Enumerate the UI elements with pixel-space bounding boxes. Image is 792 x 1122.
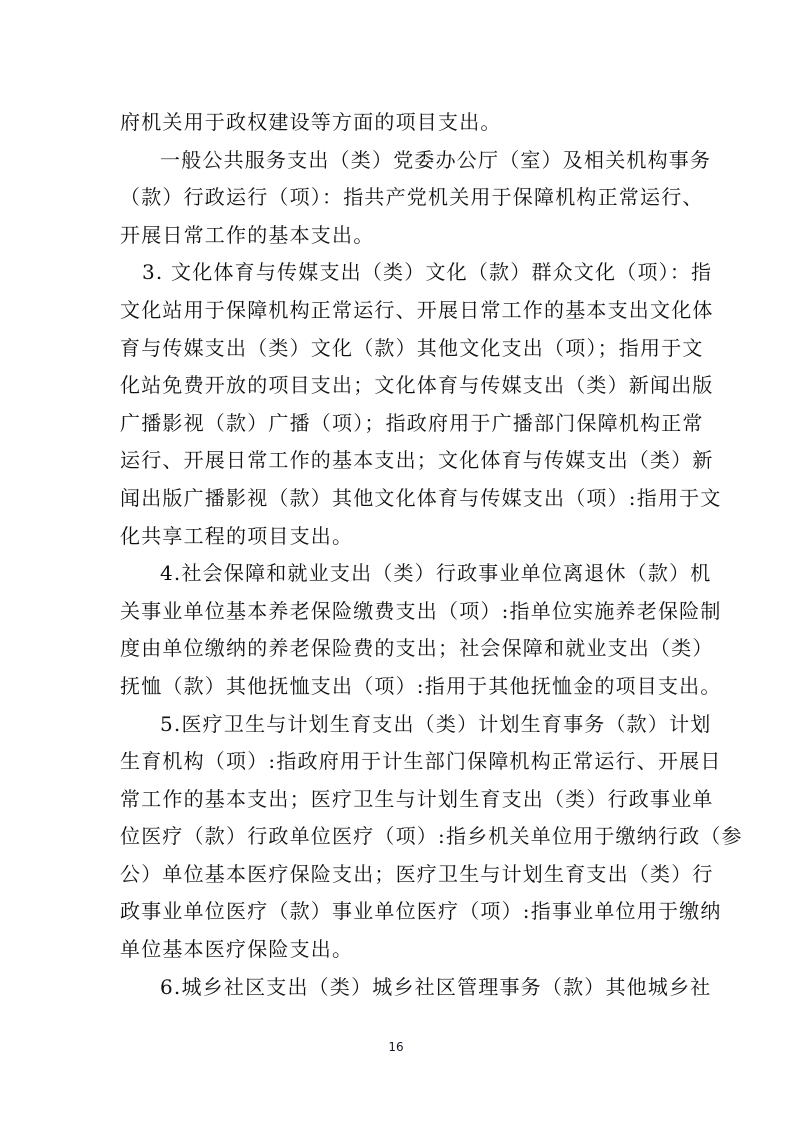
text-line: 政事业单位医疗（款）事业单位医疗（项）:指事业单位用于缴纳 [120, 893, 686, 931]
paragraph-start-line: 5.医疗卫生与计划生育支出（类）计划生育事务（款）计划 [120, 706, 686, 744]
document-page: 府机关用于政权建设等方面的项目支出。 一般公共服务支出（类）党委办公厅（室）及相… [0, 0, 792, 1122]
text-line: 抚恤（款）其他抚恤支出（项）:指用于其他抚恤金的项目支出。 [120, 668, 686, 706]
text-line: 常工作的基本支出；医疗卫生与计划生育支出（类）行政事业单 [120, 781, 686, 819]
body-text: 府机关用于政权建设等方面的项目支出。 一般公共服务支出（类）党委办公厅（室）及相… [120, 104, 686, 1006]
text-line: 位医疗（款）行政单位医疗（项）:指乡机关单位用于缴纳行政（参 [120, 818, 686, 856]
text-line: 文化站用于保障机构正常运行、开展日常工作的基本支出文化体 [120, 292, 686, 330]
text-line: 府机关用于政权建设等方面的项目支出。 [120, 104, 686, 142]
text-line: 生育机构（项）:指政府用于计生部门保障机构正常运行、开展日 [120, 743, 686, 781]
text-line: 运行、开展日常工作的基本支出；文化体育与传媒支出（类）新 [120, 442, 686, 480]
text-line: 广播影视（款）广播（项）；指政府用于广播部门保障机构正常 [120, 405, 686, 443]
text-line: 育与传媒支出（类）文化（款）其他文化支出（项）；指用于文 [120, 330, 686, 368]
page-number: 16 [0, 1040, 792, 1054]
paragraph-start-line: 4.社会保障和就业支出（类）行政事业单位离退休（款）机 [120, 555, 686, 593]
text-line: 化共享工程的项目支出。 [120, 518, 686, 556]
text-line: 开展日常工作的基本支出。 [120, 217, 686, 255]
paragraph-start-line: 一般公共服务支出（类）党委办公厅（室）及相关机构事务 [120, 142, 686, 180]
text-line: （款）行政运行（项）：指共产党机关用于保障机构正常运行、 [120, 179, 686, 217]
paragraph-start-line: 6.城乡社区支出（类）城乡社区管理事务（款）其他城乡社 [120, 969, 686, 1007]
paragraph-start-line: 3. 文化体育与传媒支出（类）文化（款）群众文化（项）：指 [120, 254, 686, 292]
text-line: 闻出版广播影视（款）其他文化体育与传媒支出（项）:指用于文 [120, 480, 686, 518]
text-line: 公）单位基本医疗保险支出；医疗卫生与计划生育支出（类）行 [120, 856, 686, 894]
text-line: 单位基本医疗保险支出。 [120, 931, 686, 969]
text-line: 化站免费开放的项目支出；文化体育与传媒支出（类）新闻出版 [120, 367, 686, 405]
text-line: 度由单位缴纳的养老保险费的支出；社会保障和就业支出（类） [120, 630, 686, 668]
text-line: 关事业单位基本养老保险缴费支出（项）:指单位实施养老保险制 [120, 593, 686, 631]
